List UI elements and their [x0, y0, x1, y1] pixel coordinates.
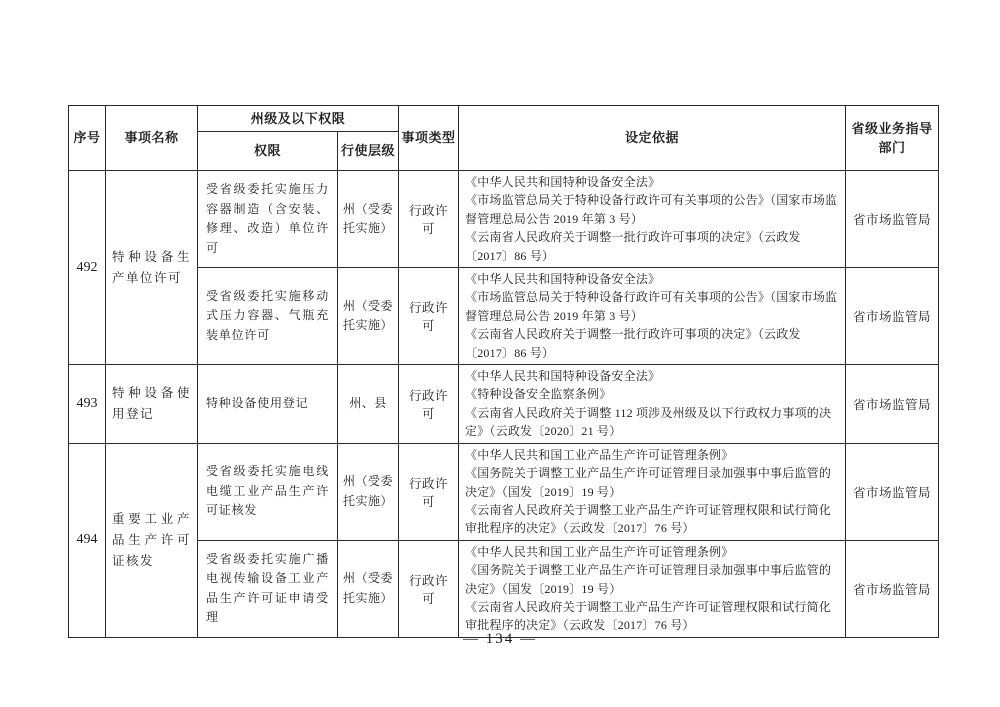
cell-authority: 受省级委托实施压力容器制造（含安装、修理、改造）单位许可: [198, 171, 338, 268]
header-cell-guidance-dept: 省级业务指导部门: [846, 106, 939, 171]
cell-guidance-dept: 省市场监管局: [846, 443, 939, 540]
cell-serial: 493: [69, 365, 106, 444]
basis-line: 《特种设备安全监察条例》: [465, 385, 839, 403]
basis-line: 《中华人民共和国特种设备安全法》: [465, 173, 839, 191]
cell-exercise-level: 州（受委托实施）: [338, 540, 399, 637]
cell-item-type: 行政许可: [399, 540, 459, 637]
cell-authority: 受省级委托实施广播电视传输设备工业产品生产许可证申请受理: [198, 540, 338, 637]
cell-basis: 《中华人民共和国特种设备安全法》 《市场监管总局关于特种设备行政许可有关事项的公…: [459, 171, 846, 268]
table-row: 492 特种设备生产单位许可 受省级委托实施压力容器制造（含安装、修理、改造）单…: [69, 171, 939, 268]
cell-item-name: 特种设备使用登记: [106, 365, 198, 444]
cell-guidance-dept: 省市场监管局: [846, 365, 939, 444]
basis-line: 《云南省人民政府关于调整一批行政许可事项的决定》（云政发〔2017〕86 号）: [465, 228, 839, 265]
cell-serial: 492: [69, 171, 106, 365]
header-cell-item-type: 事项类型: [399, 106, 459, 171]
cell-basis: 《中华人民共和国特种设备安全法》 《特种设备安全监察条例》 《云南省人民政府关于…: [459, 365, 846, 444]
cell-basis: 《中华人民共和国特种设备安全法》 《市场监管总局关于特种设备行政许可有关事项的公…: [459, 268, 846, 365]
cell-exercise-level: 州（受委托实施）: [338, 443, 399, 540]
cell-guidance-dept: 省市场监管局: [846, 540, 939, 637]
cell-exercise-level: 州、县: [338, 365, 399, 444]
basis-line: 《中华人民共和国特种设备安全法》: [465, 367, 839, 385]
basis-line: 《国务院关于调整工业产品生产许可证管理目录加强事中事后监管的决定》（国发〔201…: [465, 561, 839, 598]
basis-line: 《国务院关于调整工业产品生产许可证管理目录加强事中事后监管的决定》（国发〔201…: [465, 464, 839, 501]
page-number: — 134 —: [0, 631, 1000, 648]
table-row: 受省级委托实施广播电视传输设备工业产品生产许可证申请受理 州（受委托实施） 行政…: [69, 540, 939, 637]
cell-item-type: 行政许可: [399, 268, 459, 365]
permissions-table: 序号 事项名称 州级及以下权限 事项类型 设定依据 省级业务指导部门 权限 行使…: [68, 105, 939, 638]
cell-item-type: 行政许可: [399, 443, 459, 540]
cell-authority: 特种设备使用登记: [198, 365, 338, 444]
basis-line: 《市场监管总局关于特种设备行政许可有关事项的公告》（国家市场监督管理总局公告 2…: [465, 288, 839, 325]
cell-authority: 受省级委托实施电线电缆工业产品生产许可证核发: [198, 443, 338, 540]
basis-line: 《云南省人民政府关于调整 112 项涉及州级及以下行政权力事项的决定》（云政发〔…: [465, 404, 839, 441]
cell-basis: 《中华人民共和国工业产品生产许可证管理条例》 《国务院关于调整工业产品生产许可证…: [459, 540, 846, 637]
header-cell-authority: 权限: [198, 132, 338, 171]
cell-item-name: 特种设备生产单位许可: [106, 171, 198, 365]
cell-item-type: 行政许可: [399, 365, 459, 444]
table-row: 493 特种设备使用登记 特种设备使用登记 州、县 行政许可 《中华人民共和国特…: [69, 365, 939, 444]
cell-authority: 受省级委托实施移动式压力容器、气瓶充装单位许可: [198, 268, 338, 365]
basis-line: 《中华人民共和国特种设备安全法》: [465, 270, 839, 288]
header-cell-state-level-group: 州级及以下权限: [198, 106, 399, 132]
basis-line: 《市场监管总局关于特种设备行政许可有关事项的公告》（国家市场监督管理总局公告 2…: [465, 191, 839, 228]
basis-line: 《中华人民共和国工业产品生产许可证管理条例》: [465, 446, 839, 464]
cell-serial: 494: [69, 443, 106, 637]
cell-item-type: 行政许可: [399, 171, 459, 268]
table-row: 受省级委托实施移动式压力容器、气瓶充装单位许可 州（受委托实施） 行政许可 《中…: [69, 268, 939, 365]
table-row: 494 重要工业产品生产许可证核发 受省级委托实施电线电缆工业产品生产许可证核发…: [69, 443, 939, 540]
cell-basis: 《中华人民共和国工业产品生产许可证管理条例》 《国务院关于调整工业产品生产许可证…: [459, 443, 846, 540]
cell-guidance-dept: 省市场监管局: [846, 268, 939, 365]
basis-line: 《中华人民共和国工业产品生产许可证管理条例》: [465, 543, 839, 561]
header-cell-serial: 序号: [69, 106, 106, 171]
basis-line: 《云南省人民政府关于调整一批行政许可事项的决定》（云政发〔2017〕86 号）: [465, 325, 839, 362]
basis-line: 《云南省人民政府关于调整工业产品生产许可证管理权限和试行简化审批程序的决定》（云…: [465, 501, 839, 538]
cell-item-name: 重要工业产品生产许可证核发: [106, 443, 198, 637]
header-cell-basis: 设定依据: [459, 106, 846, 171]
basis-line: 《云南省人民政府关于调整工业产品生产许可证管理权限和试行简化审批程序的决定》（云…: [465, 598, 839, 635]
header-cell-item-name: 事项名称: [106, 106, 198, 171]
cell-exercise-level: 州（受委托实施）: [338, 268, 399, 365]
cell-guidance-dept: 省市场监管局: [846, 171, 939, 268]
header-row-1: 序号 事项名称 州级及以下权限 事项类型 设定依据 省级业务指导部门: [69, 106, 939, 132]
cell-exercise-level: 州（受委托实施）: [338, 171, 399, 268]
header-cell-exercise-level: 行使层级: [338, 132, 399, 171]
